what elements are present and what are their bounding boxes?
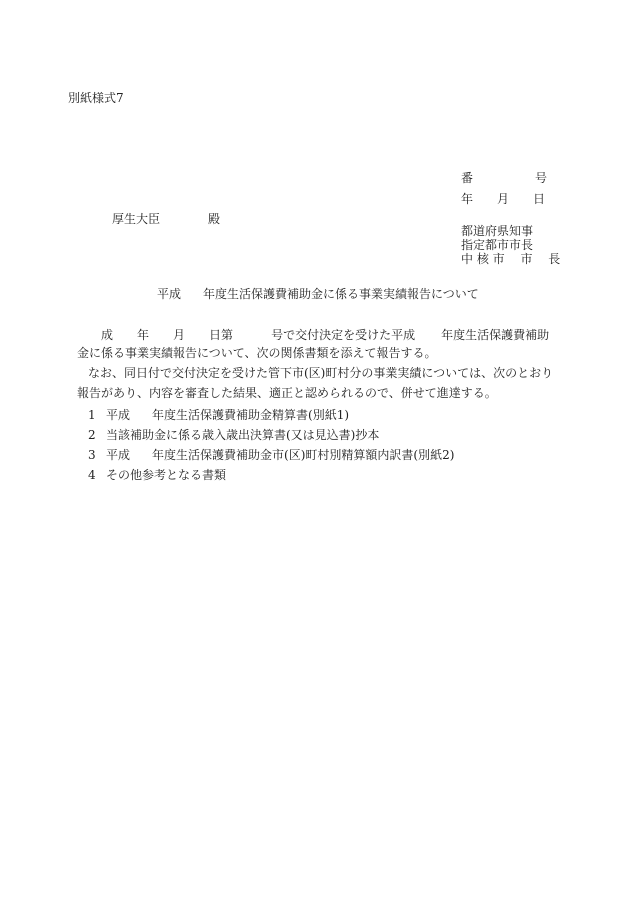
era-fragment: 成 [101,328,113,342]
number-suffix: 号 [535,171,547,185]
day-label: 日第 [209,328,233,342]
document-title: 平成年度生活保護費補助金に係る事業実績報告について [157,285,479,302]
body-text: 年度生活保護費補助 [441,328,549,342]
form-label: 別紙様式7 [68,89,124,106]
item-text: その他参考となる書類 [106,468,226,482]
attachment-item: 2当該補助金に係る歳入歳出決算書(又は見込書)抄本 [88,426,379,443]
sender-line-3: 中 核 市 市 長 [461,252,560,266]
year-label: 年 [137,328,149,342]
number-label: 番 [461,171,473,185]
attachment-item: 4その他参考となる書類 [88,466,226,483]
item-number: 3 [88,448,106,462]
addressee-name: 厚生大臣 [112,212,160,226]
document-number: 番号 [461,169,547,186]
document-date: 年月日 [461,190,545,207]
item-era: 平成 [106,448,130,462]
item-number: 1 [88,408,106,422]
month-label: 月 [173,328,185,342]
attachment-item: 1平成年度生活保護費補助金精算書(別紙1) [88,406,349,423]
addressee: 厚生大臣殿 [112,210,220,227]
item-era: 平成 [106,408,130,422]
item-number: 2 [88,428,106,442]
date-day: 日 [533,192,545,206]
sender-line-2: 指定都市市長 [461,238,560,252]
item-text: 年度生活保護費補助金市(区)町村別精算額内訳書(別紙2) [152,448,454,462]
addressee-honorific: 殿 [208,212,220,226]
attachment-item: 3平成年度生活保護費補助金市(区)町村別精算額内訳書(別紙2) [88,446,454,463]
title-era: 平成 [157,287,181,301]
date-year: 年 [461,192,473,206]
body-line-3: なお、同日付で交付決定を受けた管下市(区)町村分の事業実績については、次のとおり [88,364,553,381]
item-number: 4 [88,468,106,482]
body-line-4: 報告があり、内容を審査した結果、適正と認められるので、併せて進達する。 [77,384,497,401]
body-text: 号で交付決定を受けた平成 [271,328,415,342]
item-text: 当該補助金に係る歳入歳出決算書(又は見込書)抄本 [106,428,379,442]
date-month: 月 [497,192,509,206]
body-line-1: 成年月日第号で交付決定を受けた平成年度生活保護費補助 [101,326,549,343]
sender-block: 都道府県知事 指定都市市長 中 核 市 市 長 [461,224,560,266]
title-text: 年度生活保護費補助金に係る事業実績報告について [203,287,479,301]
item-text: 年度生活保護費補助金精算書(別紙1) [152,408,349,422]
body-line-2: 金に係る事業実績報告について、次の関係書類を添えて報告する。 [77,344,437,361]
sender-line-1: 都道府県知事 [461,224,560,238]
